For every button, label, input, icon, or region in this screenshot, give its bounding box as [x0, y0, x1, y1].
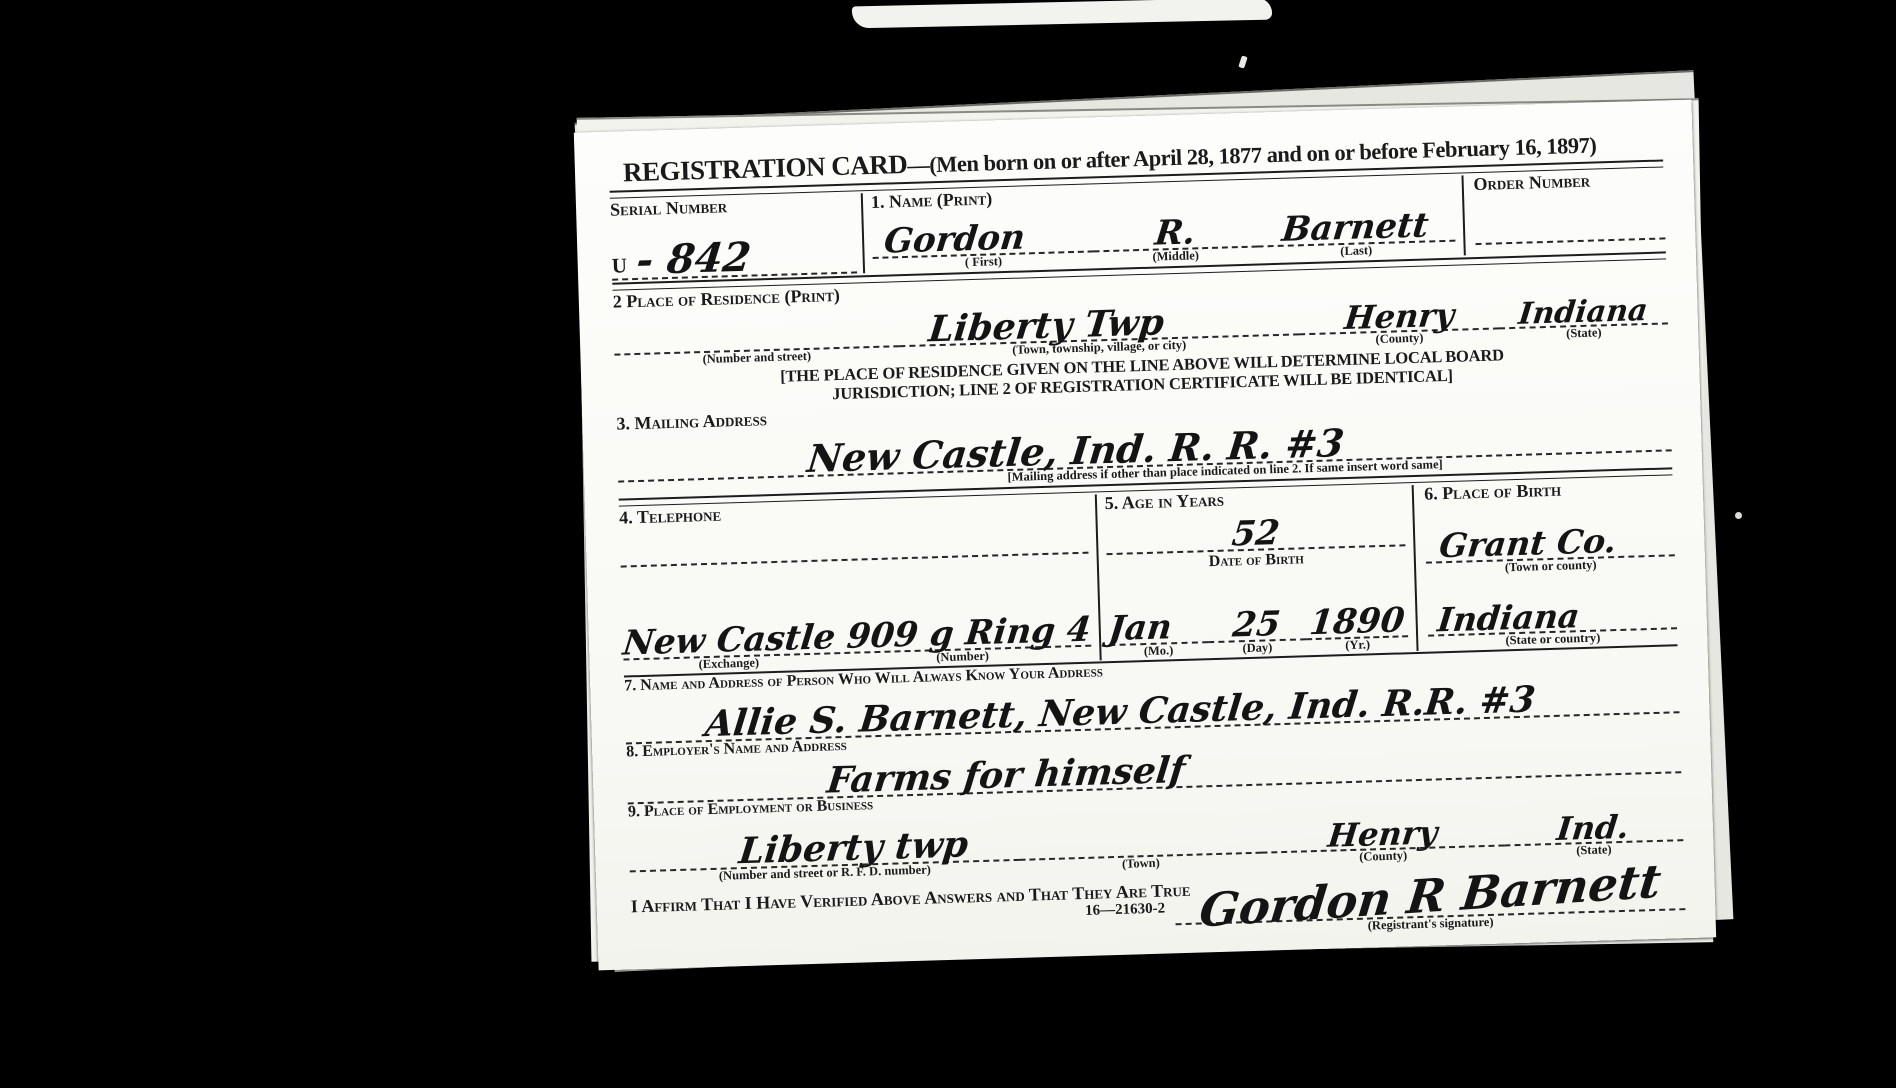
order-number-line: [1474, 188, 1666, 245]
employment-state-value: Ind.: [1556, 814, 1631, 843]
age-section: 5. Age in Years 52 Date of Birth Jan (Mo…: [1096, 485, 1418, 660]
birthplace-section: 6. Place of Birth Grant Co. (Town or cou…: [1414, 477, 1678, 651]
serial-number-section: Serial Number U - 842: [610, 193, 865, 280]
scan-artifact-speck: [1735, 512, 1742, 519]
employment-county-value: Henry: [1326, 819, 1438, 850]
name-section: 1. Name (Print) Gordon ( First) R. (Midd…: [863, 175, 1466, 273]
dob-month-value: Jan: [1107, 613, 1173, 644]
serial-number-line: U - 842: [610, 212, 857, 280]
age-value: 52: [1230, 519, 1281, 549]
order-number-section: Order Number: [1463, 169, 1666, 255]
registration-card: REGISTRATION CARD—(Men born on or after …: [574, 100, 1716, 971]
telephone-line: New Castle 909 g Ring 4: [621, 553, 1091, 660]
residence-state-value: Indiana: [1517, 298, 1649, 327]
name-middle-value: R.: [1153, 219, 1196, 249]
serial-number-value: - 842: [635, 241, 753, 279]
birthplace-town-value: Grant Co.: [1438, 527, 1618, 560]
residence-town-value: Liberty Twp: [927, 307, 1165, 345]
name-last-value: Barnett: [1281, 212, 1431, 245]
birthplace-state-line: Indiana: [1427, 570, 1677, 637]
row-telephone-age-birth: 4. Telephone New Castle 909 g Ring 4 (Ex…: [619, 477, 1677, 674]
birthplace-town-line: Grant Co.: [1424, 496, 1674, 563]
birthplace-state-value: Indiana: [1436, 602, 1581, 634]
dob-day-value: 25: [1231, 610, 1282, 640]
employment-street-value: Liberty twp: [738, 830, 970, 867]
name-first-value: Gordon: [883, 224, 1027, 257]
age-line: 52: [1105, 504, 1406, 555]
employer-value: Farms for himself: [825, 755, 1186, 796]
scanned-page: REGISTRATION CARD—(Men born on or after …: [0, 0, 1896, 1088]
dob-year-value: 1890: [1308, 606, 1406, 638]
print-code: 16—21630-2: [1085, 900, 1165, 919]
card-title-main: REGISTRATION CARD: [623, 149, 908, 187]
residence-county-value: Henry: [1343, 302, 1455, 333]
serial-prefix: U: [611, 253, 627, 278]
scan-artifact-speck: [1238, 55, 1247, 68]
scan-artifact-streak: [852, 0, 1272, 28]
telephone-section: 4. Telephone New Castle 909 g Ring 4 (Ex…: [619, 494, 1101, 674]
